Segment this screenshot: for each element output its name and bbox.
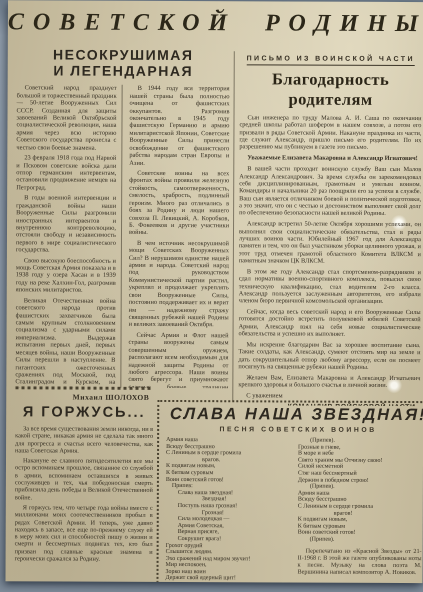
paragraph: Накануне ее славного пятидесятилетия все… [15, 457, 153, 501]
paragraph: Советский народ празднует большой и торж… [16, 85, 116, 152]
headline-nesokrushimaya: НЕСОКРУШИМАЯ И ЛЕГЕНДАРНАЯ [17, 47, 230, 79]
letter-kicker: ПИСЬМО ИЗ ВОИНСКОЙ ЧАСТИ [247, 55, 415, 66]
headline-song: СЛАВА НАША ЗВЕЗДНАЯ! [166, 405, 423, 425]
paragraph: В чем источник несокрушимой мощи Советск… [129, 240, 229, 329]
song-lyrics-col1: Армия наша Всюду бесстрашно С Лениным в … [165, 437, 292, 583]
song-columns: Армия наша Всюду бесстрашно С Лениным в … [165, 437, 423, 583]
kicker-wrap: ПИСЬМО ИЗ ВОИНСКОЙ ЧАСТИ [240, 47, 422, 66]
paragraph: В этом же году Александр стал спортсмено… [239, 268, 421, 306]
byline-sholokhov: Михаил ШОЛОХОВ [15, 392, 153, 402]
article-letter: ПИСЬМО ИЗ ВОИНСКОЙ ЧАСТИ Благодарность р… [238, 47, 422, 406]
article-column-2: В 1944 году вся территория нашей страны … [120, 85, 230, 388]
article-columns: Советский народ празднует большой и торж… [15, 85, 229, 389]
paragraph: Желаем Вам, Елизавета Макаровна и Алекса… [238, 374, 420, 390]
paragraph: 23 февраля 1918 года под Нарвой и Псково… [16, 154, 116, 192]
article-gorzhus: Михаил ШОЛОХОВ Я ГОРЖУСЬ... За все время… [14, 386, 153, 579]
paragraph: В вашей части проходит воинскую службу В… [239, 165, 421, 217]
section-separator [15, 386, 153, 390]
headline-gorzhus: Я ГОРЖУСЬ... [15, 404, 153, 421]
paragraph: В годы военной интервенции и гражданской… [16, 195, 116, 255]
song-column-2: (Припев). Грозные в гневе, В море и небе… [297, 438, 422, 584]
paragraph: Я горжусь тем, что четыре года войны вме… [15, 504, 153, 563]
song-section: СЛАВА НАША ЗВЕЗДНАЯ! ПЕСНЯ СОВЕТСКИХ ВОИ… [156, 400, 423, 583]
song-kicker: ПЕСНЯ СОВЕТСКИХ ВОИНОВ [166, 426, 423, 434]
paragraph: Мы искренне благодарим Вас за хорошее во… [238, 341, 420, 371]
paragraph: В 1944 году вся территория нашей страны … [129, 85, 229, 167]
letter-greeting: Уважаемые Елизавета Макаровна и Александ… [239, 155, 421, 163]
song-footnote: Перепечатано из «Красной Звезды» от 21-I… [298, 547, 422, 577]
column-divider-rule [232, 51, 235, 401]
newspaper-page: СОВЕТСКОЙ РОДИНЫ НЕСОКРУШИМАЯ И ЛЕГЕНДАР… [5, 0, 423, 583]
scanned-newspaper-page: { "masthead": "СОВЕТСКОЙ РОДИНЫ", "artic… [0, 0, 423, 592]
letter-intro: Сын инженера по труду Малова А. И. Саша … [239, 114, 421, 152]
article-column-1: Советский народ празднует большой и торж… [15, 85, 121, 389]
paragraph: Сейчас, когда весь советский народ и его… [239, 308, 421, 338]
letter-closing: С уважением [238, 393, 420, 401]
headline-letter: Благодарность родителям [240, 69, 422, 110]
masthead-title: СОВЕТСКОЙ РОДИНЫ [8, 9, 421, 38]
paragraph: За все время существования земли никогда… [15, 425, 153, 455]
paragraph: Александр встретил 50-летие Октября хоро… [239, 220, 421, 265]
paragraph: Советские воины на всех фронтах войны пр… [129, 170, 229, 237]
paragraph: Свою высокую боеспособность и мощь Совет… [16, 257, 116, 295]
article-nesokrushimaya: НЕСОКРУШИМАЯ И ЛЕГЕНДАРНАЯ Советский нар… [15, 47, 229, 388]
paragraph: Сейчас Армия и Флот нашей страны вооруже… [128, 332, 228, 389]
paragraph: Великая Отечественная война советского н… [15, 297, 115, 388]
song-lyrics-col2: (Припев). Грозные в гневе, В море и небе… [298, 438, 422, 544]
song-column-1: Армия наша Всюду бесстрашно С Лениным в … [165, 437, 298, 583]
